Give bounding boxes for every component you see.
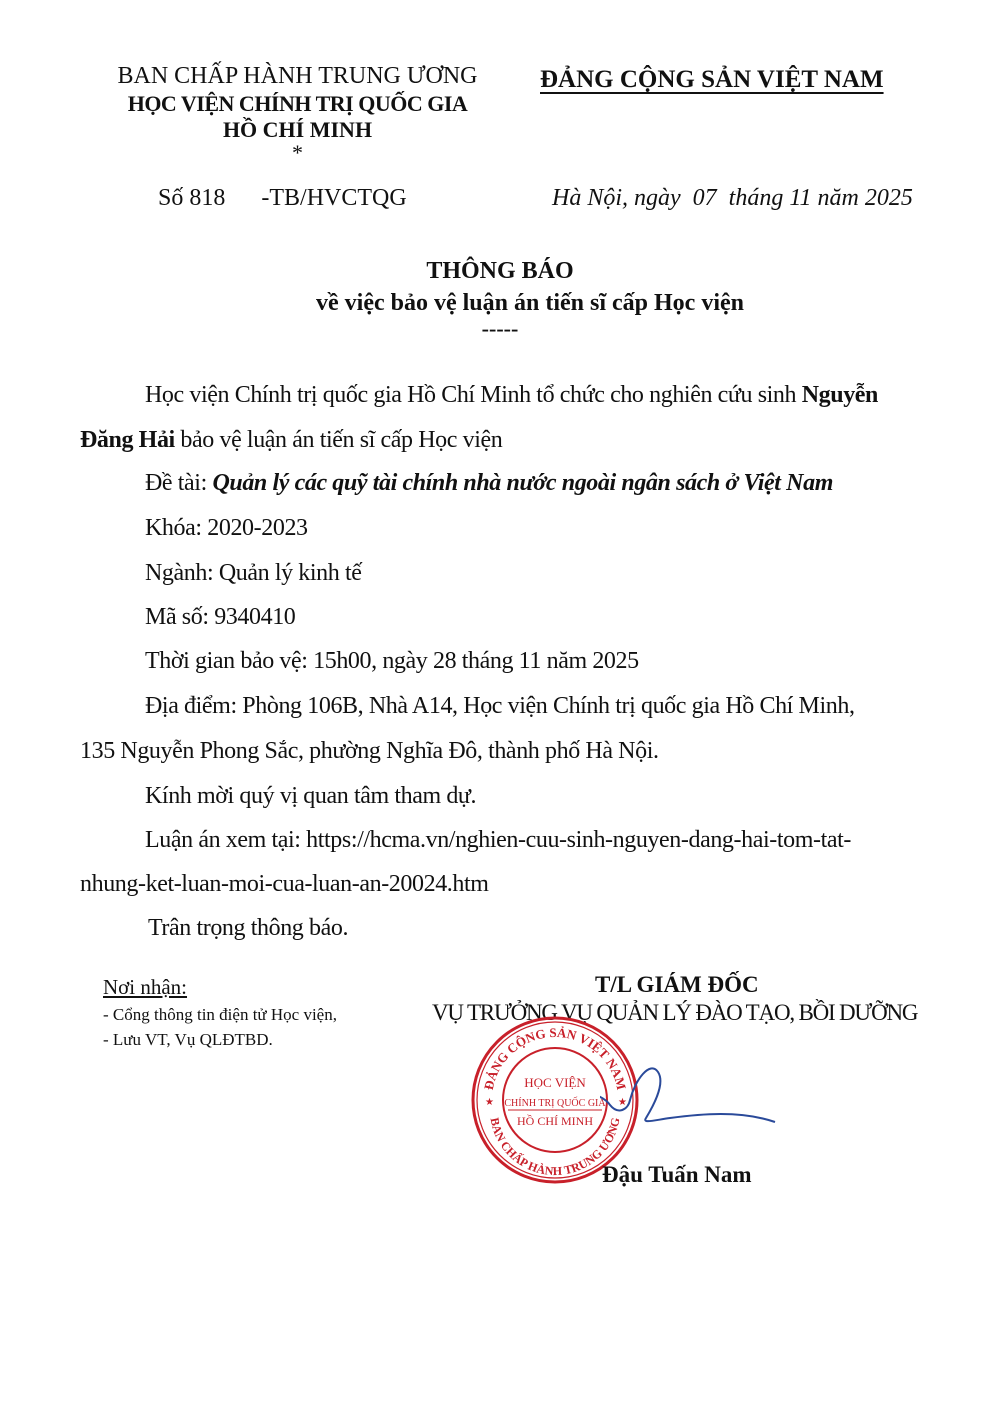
recipients-heading: Nơi nhận: bbox=[103, 975, 187, 1000]
closing-line: Trân trọng thông báo. bbox=[148, 915, 348, 942]
svg-text:CHÍNH TRỊ QUỐC GIA: CHÍNH TRỊ QUỐC GIA bbox=[504, 1096, 606, 1109]
title-separator: ----- bbox=[0, 316, 1000, 342]
document-title: THÔNG BÁO bbox=[0, 258, 1000, 285]
handwritten-signature-icon bbox=[600, 1060, 780, 1140]
topic-line: Đề tài: Quản lý các quỹ tài chính nhà nư… bbox=[145, 470, 833, 497]
doc-code: -TB/HVCTQG bbox=[261, 185, 406, 211]
link-line1: Luận án xem tại: https://hcma.vn/nghien-… bbox=[145, 827, 851, 854]
intro-line2: Đăng Hải bảo vệ luận án tiến sĩ cấp Học … bbox=[80, 427, 502, 454]
invitation-line: Kính mời quý vị quan tâm tham dự. bbox=[145, 783, 476, 810]
time-line: Thời gian bảo vệ: 15h00, ngày 28 tháng 1… bbox=[145, 648, 639, 675]
intro-line1: Học viện Chính trị quốc gia Hồ Chí Minh … bbox=[145, 382, 878, 409]
doc-number: Số 818 bbox=[158, 185, 225, 211]
svg-text:HỌC VIỆN: HỌC VIỆN bbox=[524, 1075, 586, 1090]
candidate-name-rest: Đăng Hải bbox=[80, 427, 175, 453]
code-line: Mã số: 9340410 bbox=[145, 604, 295, 631]
document-subtitle: về việc bảo vệ luận án tiến sĩ cấp Học v… bbox=[280, 290, 780, 317]
link-label: Luận án xem tại: bbox=[145, 827, 306, 853]
location-line1: Địa điểm: Phòng 106B, Nhà A14, Học viện … bbox=[145, 693, 855, 720]
svg-text:HỒ CHÍ MINH: HỒ CHÍ MINH bbox=[517, 1113, 593, 1128]
thesis-link-cont[interactable]: nhung-ket-luan-moi-cua-luan-an-20024.htm bbox=[80, 871, 489, 898]
org-name-line1: HỌC VIỆN CHÍNH TRỊ QUỐC GIA bbox=[95, 91, 500, 117]
major-line: Ngành: Quản lý kinh tế bbox=[145, 560, 362, 587]
place-date: Hà Nội, ngày 07 tháng 11 năm 2025 bbox=[552, 185, 913, 212]
recipient-item: - Lưu VT, Vụ QLĐTBD. bbox=[103, 1030, 273, 1050]
candidate-name-first: Nguyễn bbox=[802, 382, 878, 408]
course-line: Khóa: 2020-2023 bbox=[145, 515, 308, 542]
location-line2: 135 Nguyễn Phong Sắc, phường Nghĩa Đô, t… bbox=[80, 738, 659, 765]
svg-text:★: ★ bbox=[485, 1097, 494, 1108]
party-heading: ĐẢNG CỘNG SẢN VIỆT NAM bbox=[540, 66, 884, 94]
org-parent: BAN CHẤP HÀNH TRUNG ƯƠNG bbox=[95, 62, 500, 91]
recipient-item: - Cổng thông tin điện tử Học viện, bbox=[103, 1005, 337, 1025]
topic-value: Quản lý các quỹ tài chính nhà nước ngoài… bbox=[212, 470, 833, 496]
document-number: Số 818-TB/HVCTQG bbox=[158, 185, 407, 212]
topic-label: Đề tài: bbox=[145, 470, 212, 496]
intro-text-2: bảo vệ luận án tiến sĩ cấp Học viện bbox=[175, 427, 502, 453]
signature-role: T/L GIÁM ĐỐC bbox=[595, 972, 759, 998]
signer-name: Đậu Tuấn Nam bbox=[602, 1162, 752, 1188]
star-separator: * bbox=[95, 144, 500, 162]
issuing-organization: BAN CHẤP HÀNH TRUNG ƯƠNG HỌC VIỆN CHÍNH … bbox=[95, 62, 500, 162]
thesis-link[interactable]: https://hcma.vn/nghien-cuu-sinh-nguyen-d… bbox=[306, 827, 851, 853]
intro-text: Học viện Chính trị quốc gia Hồ Chí Minh … bbox=[145, 382, 802, 408]
